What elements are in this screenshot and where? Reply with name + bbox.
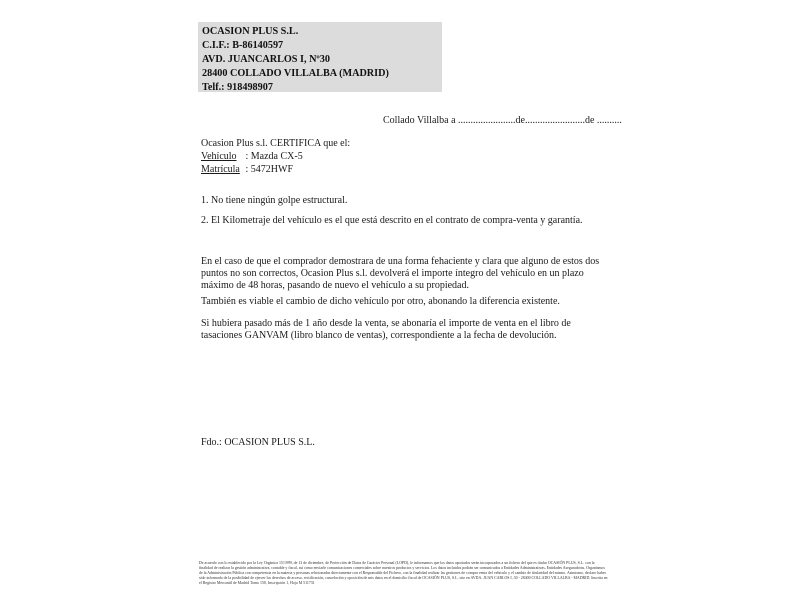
company-phone: Telf.: 918498907 xyxy=(202,81,442,95)
company-cif: C.I.F.: B-86140597 xyxy=(202,39,442,53)
vehicle-value: : Mazda CX-5 xyxy=(246,151,303,162)
legal-footer: De acuerdo con lo establecido por la Ley… xyxy=(199,561,609,586)
plate-field: Matrícula : 5472HWF xyxy=(201,164,293,176)
company-address: AVD. JUANCARLOS I, Nº30 xyxy=(202,53,442,67)
date-line: Collado Villalba a .....................… xyxy=(383,115,622,127)
company-name: OCASION PLUS S.L. xyxy=(202,25,442,39)
signature-line: Fdo.: OCASION PLUS S.L. xyxy=(201,437,315,449)
vehicle-field: Vehículo : Mazda CX-5 xyxy=(201,151,303,163)
certified-item-2: 2. El Kilometraje del vehículo es el que… xyxy=(201,215,583,227)
certification-intro: Ocasion Plus s.l. CERTIFICA que el: xyxy=(201,138,350,150)
company-header-box: OCASION PLUS S.L. C.I.F.: B-86140597 AVD… xyxy=(198,22,442,92)
refund-paragraph: En el caso de que el comprador demostrar… xyxy=(201,256,611,292)
ganvam-paragraph: Si hubiera pasado más de 1 año desde la … xyxy=(201,318,611,342)
company-city: 28400 COLLADO VILLALBA (MADRID) xyxy=(202,67,442,81)
plate-value: : 5472HWF xyxy=(246,164,294,175)
exchange-paragraph: También es viable el cambio de dicho veh… xyxy=(201,296,611,308)
certified-item-1: 1. No tiene ningún golpe estructural. xyxy=(201,195,347,207)
vehicle-label: Vehículo xyxy=(201,151,243,163)
plate-label: Matrícula xyxy=(201,164,243,176)
